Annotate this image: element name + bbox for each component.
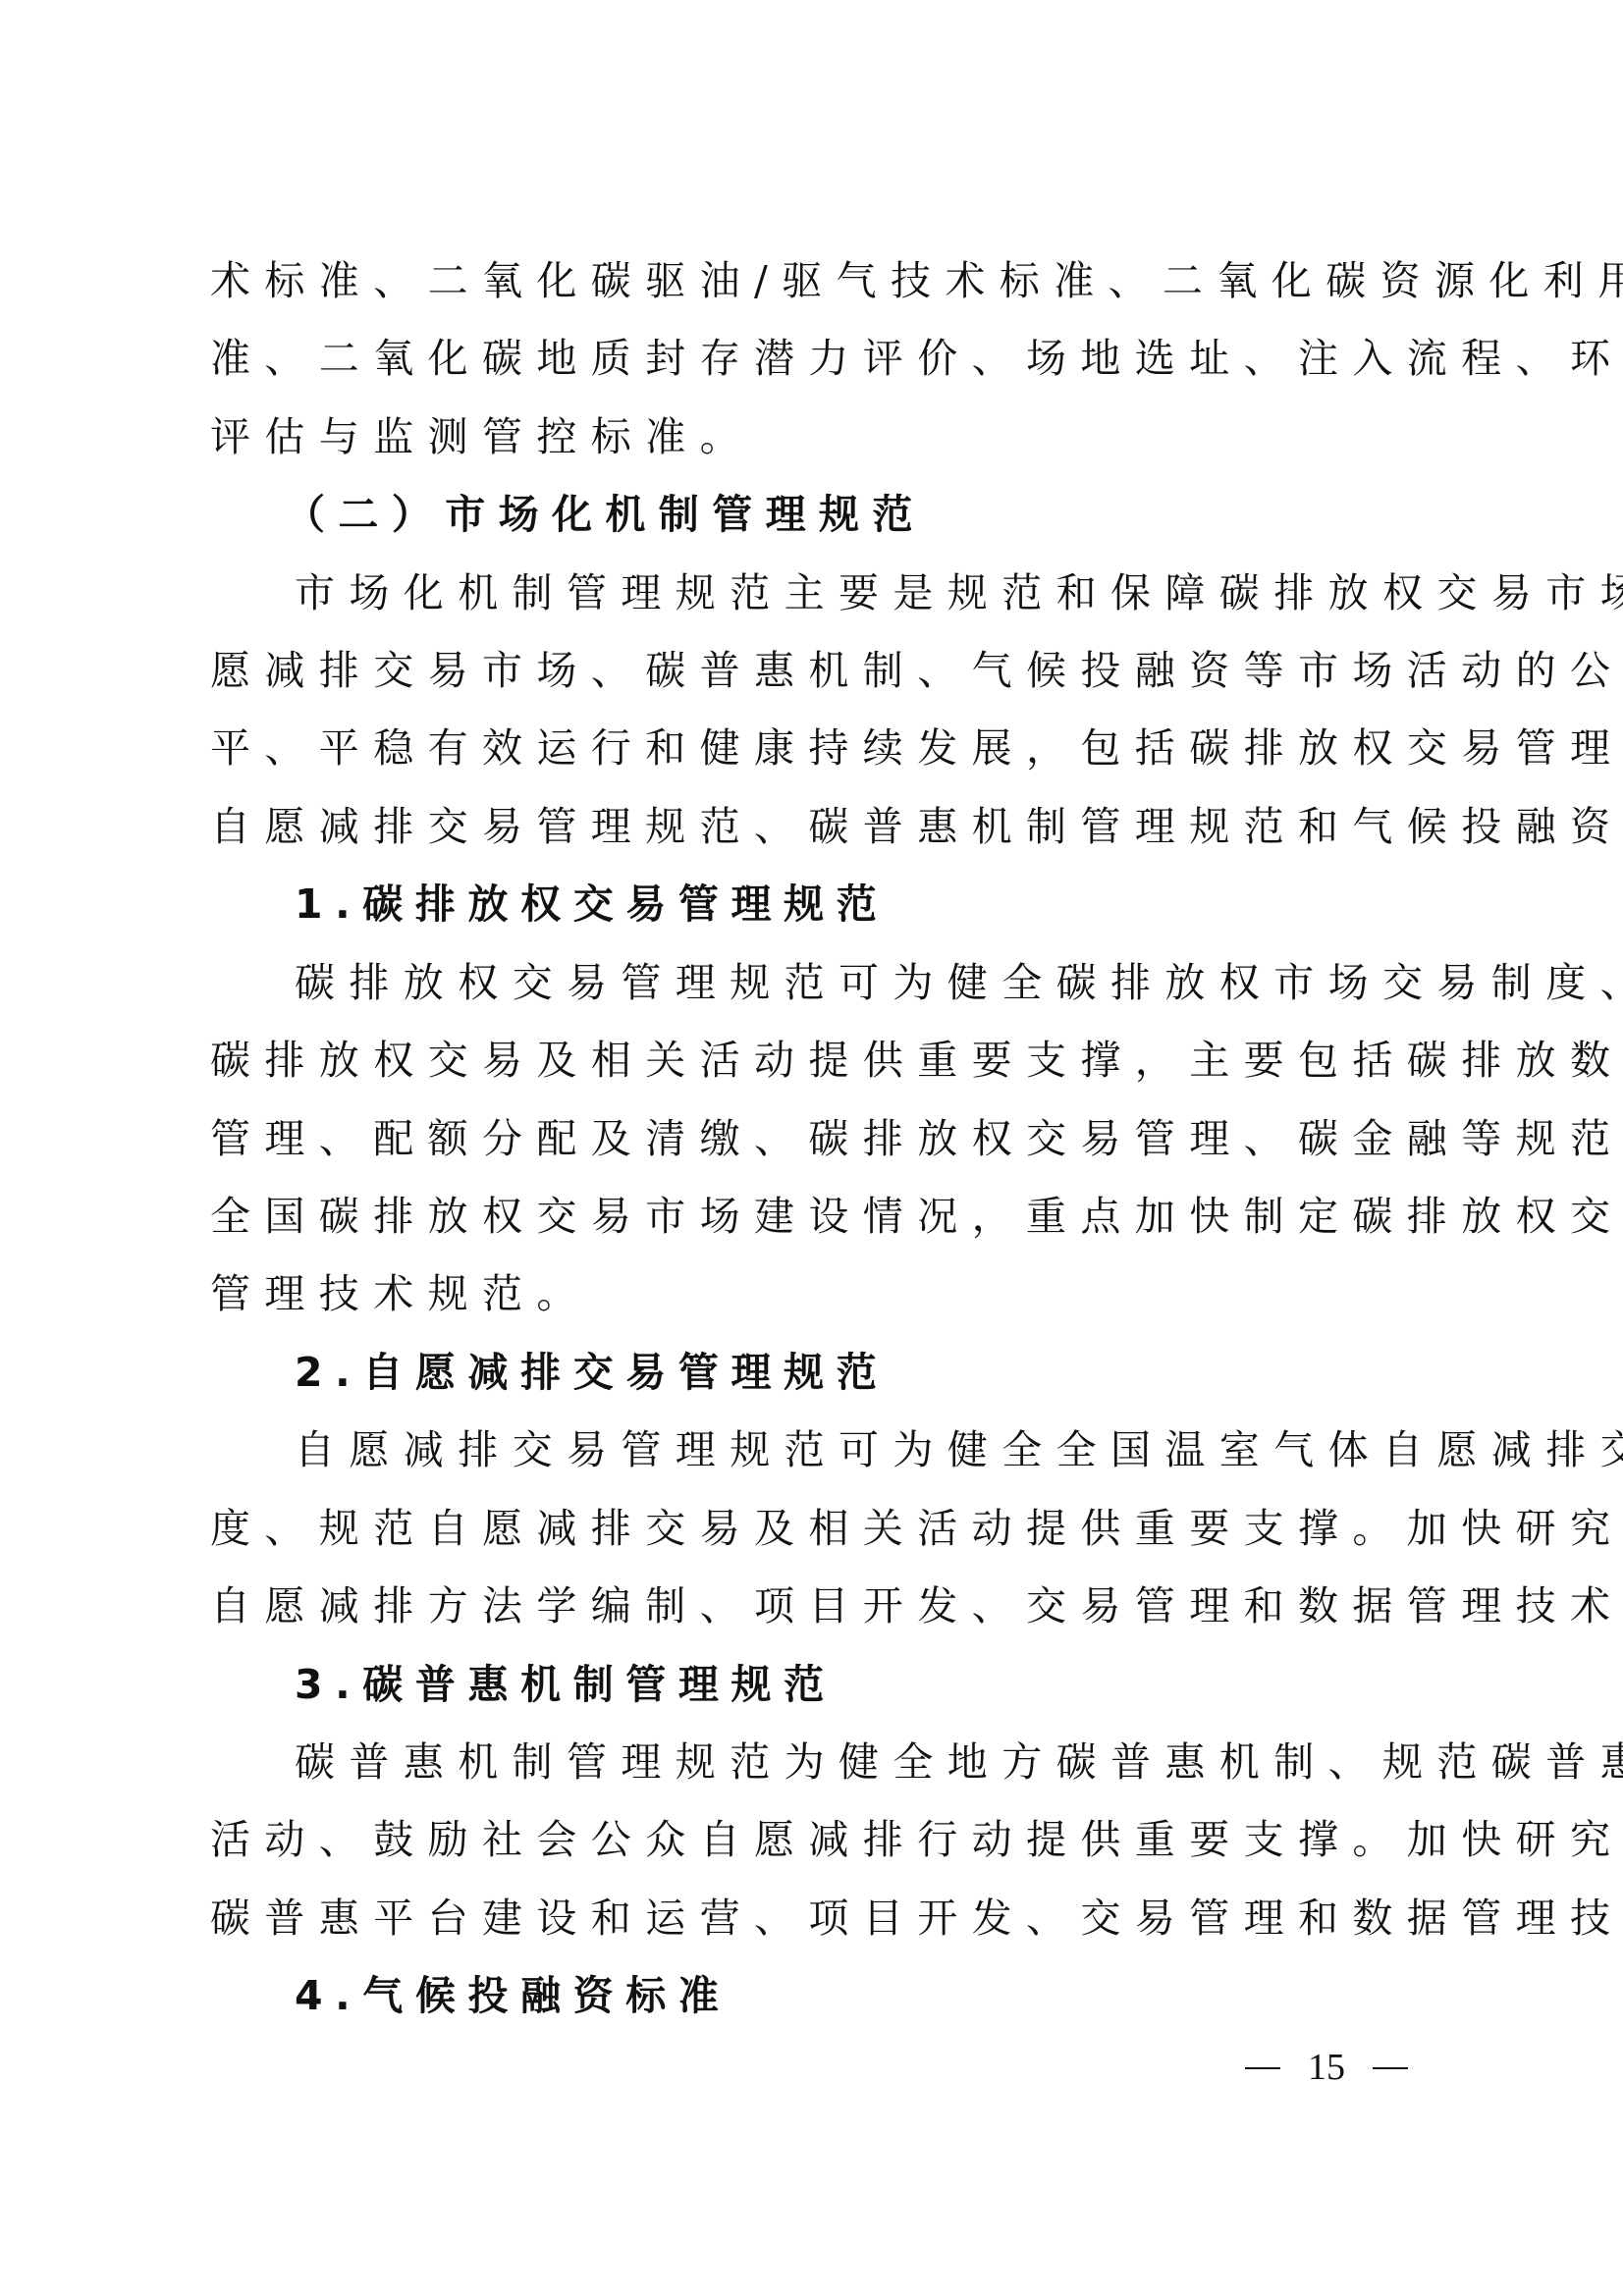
- body-line: 自愿减排方法学编制、项目开发、交易管理和数据管理技术规范。: [210, 1576, 1428, 1635]
- body-line: 碳排放权交易及相关活动提供重要支撑，主要包括碳排放数据质量: [210, 1031, 1428, 1090]
- subheading-carbon-inclusion: 3.碳普惠机制管理规范: [295, 1655, 1512, 1714]
- section-heading-market-mechanism: （二）市场化机制管理规范: [285, 485, 1502, 544]
- body-line: 准、二氧化碳地质封存潜力评价、场地选址、注入流程、环境风险: [210, 329, 1428, 388]
- body-line: 市场化机制管理规范主要是规范和保障碳排放权交易市场、自: [295, 563, 1512, 622]
- body-line: 碳普惠机制管理规范为健全地方碳普惠机制、规范碳普惠相关: [295, 1733, 1512, 1791]
- page-number-footer: 15: [1245, 2046, 1408, 2089]
- body-line: 管理、配额分配及清缴、碳排放权交易管理、碳金融等规范。结合: [210, 1109, 1428, 1168]
- body-line: 碳普惠平台建设和运营、项目开发、交易管理和数据管理技术规范。: [210, 1889, 1428, 1948]
- body-line: 自愿减排交易管理规范可为健全全国温室气体自愿减排交易制: [295, 1420, 1512, 1479]
- body-line: 活动、鼓励社会公众自愿减排行动提供重要支撑。加快研究与制定: [210, 1810, 1428, 1869]
- body-line: 自愿减排交易管理规范、碳普惠机制管理规范和气候投融资标准。: [210, 797, 1428, 856]
- dash-right: [1373, 2067, 1408, 2069]
- body-line: 全国碳排放权交易市场建设情况，重点加快制定碳排放权交易信息: [210, 1187, 1428, 1246]
- body-line: 管理技术规范。: [210, 1264, 1428, 1323]
- body-line: 术标准、二氧化碳驱油/驱气技术标准、二氧化碳资源化利用技术标: [210, 251, 1428, 310]
- subheading-carbon-emission-trading: 1.碳排放权交易管理规范: [295, 875, 1512, 934]
- body-line: 平、平稳有效运行和健康持续发展，包括碳排放权交易管理规范、: [210, 719, 1428, 777]
- dash-left: [1245, 2067, 1280, 2069]
- subheading-voluntary-emission-reduction: 2.自愿减排交易管理规范: [295, 1343, 1512, 1402]
- body-line: 碳排放权交易管理规范可为健全碳排放权市场交易制度、规范: [295, 953, 1512, 1012]
- body-line: 评估与监测管控标准。: [210, 407, 1428, 466]
- body-line: 愿减排交易市场、碳普惠机制、气候投融资等市场活动的公正、公: [210, 641, 1428, 700]
- page-number: 15: [1308, 2046, 1345, 2089]
- body-line: 度、规范自愿减排交易及相关活动提供重要支撑。加快研究与制定: [210, 1499, 1428, 1558]
- document-page: 术标准、二氧化碳驱油/驱气技术标准、二氧化碳资源化利用技术标 准、二氧化碳地质封…: [0, 0, 1623, 2296]
- subheading-climate-investment-financing: 4.气候投融资标准: [295, 1966, 1512, 2025]
